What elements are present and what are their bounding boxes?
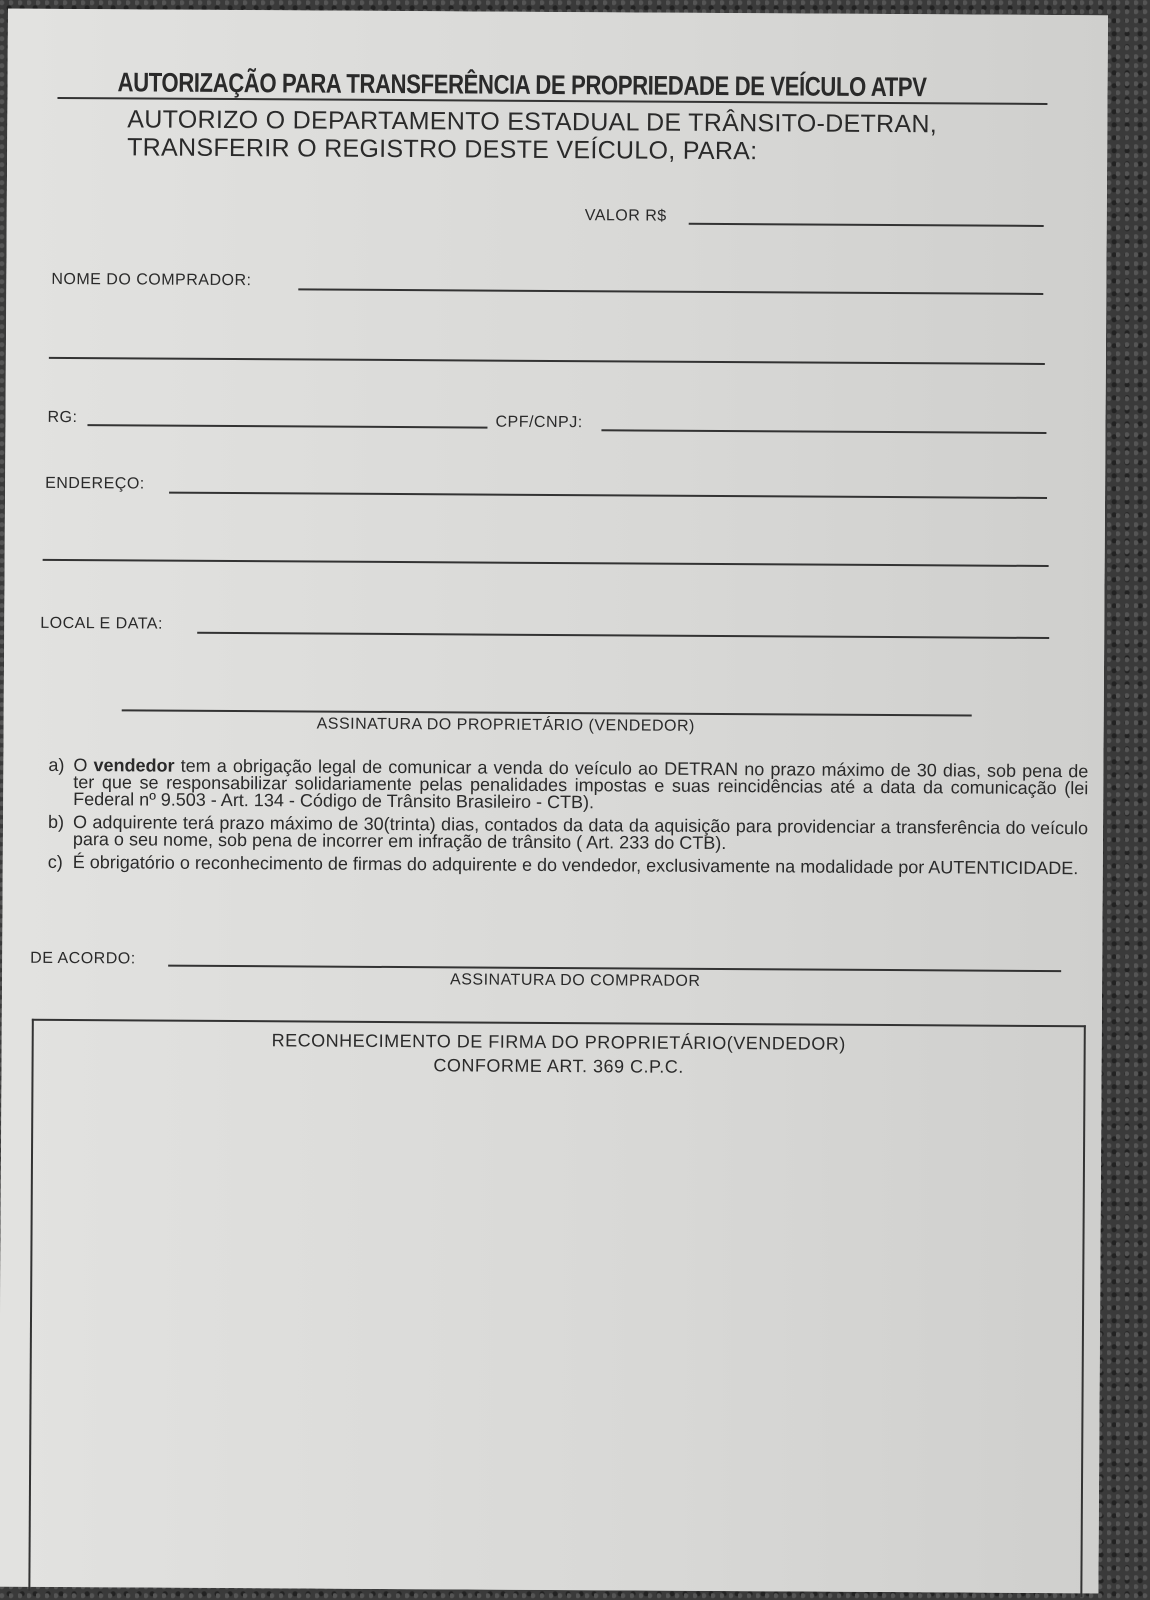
endereco-field-line2[interactable]	[43, 559, 1049, 567]
buyer-signature-line[interactable]	[168, 965, 1061, 972]
nome-comprador-label: NOME DO COMPRADOR:	[51, 271, 251, 290]
note-c: c)É obrigatório o reconhecimento de firm…	[48, 854, 1088, 877]
local-data-field[interactable]	[197, 632, 1049, 639]
note-a: a)O vendedor tem a obrigação legal de co…	[48, 757, 1088, 814]
valor-label: VALOR R$	[585, 207, 667, 226]
nome-comprador-field-line2[interactable]	[49, 357, 1045, 365]
nome-comprador-field[interactable]	[298, 288, 1043, 294]
endereco-label: ENDEREÇO:	[45, 475, 145, 494]
authorization-text: AUTORIZO O DEPARTAMENTO ESTADUAL DE TRÂN…	[127, 105, 937, 166]
endereco-field[interactable]	[169, 492, 1047, 499]
seller-signature-line[interactable]	[122, 709, 972, 716]
seller-signature-caption: ASSINATURA DO PROPRIETÁRIO (VENDEDOR)	[317, 716, 695, 736]
legal-notes: a)O vendedor tem a obrigação legal de co…	[48, 757, 1089, 883]
cpf-cnpj-label: CPF/CNPJ:	[495, 414, 582, 433]
notary-box-subtitle: CONFORME ART. 369 C.P.C.	[34, 1053, 1084, 1080]
de-acordo-label: DE ACORDO:	[30, 950, 136, 969]
local-data-label: LOCAL E DATA:	[40, 615, 163, 634]
note-b: b)O adquirente terá prazo máximo de 30(t…	[48, 814, 1088, 854]
cpf-cnpj-field[interactable]	[601, 429, 1046, 433]
rg-label: RG:	[47, 409, 77, 427]
atpv-form: AUTORIZAÇÃO PARA TRANSFERÊNCIA DE PROPRI…	[0, 9, 1108, 1594]
buyer-signature-caption: ASSINATURA DO COMPRADOR	[450, 971, 700, 991]
notary-box-title: RECONHECIMENTO DE FIRMA DO PROPRIETÁRIO(…	[34, 1029, 1084, 1056]
valor-field[interactable]	[689, 223, 1044, 227]
rg-field[interactable]	[87, 424, 487, 428]
notary-box: RECONHECIMENTO DE FIRMA DO PROPRIETÁRIO(…	[28, 1019, 1085, 1597]
